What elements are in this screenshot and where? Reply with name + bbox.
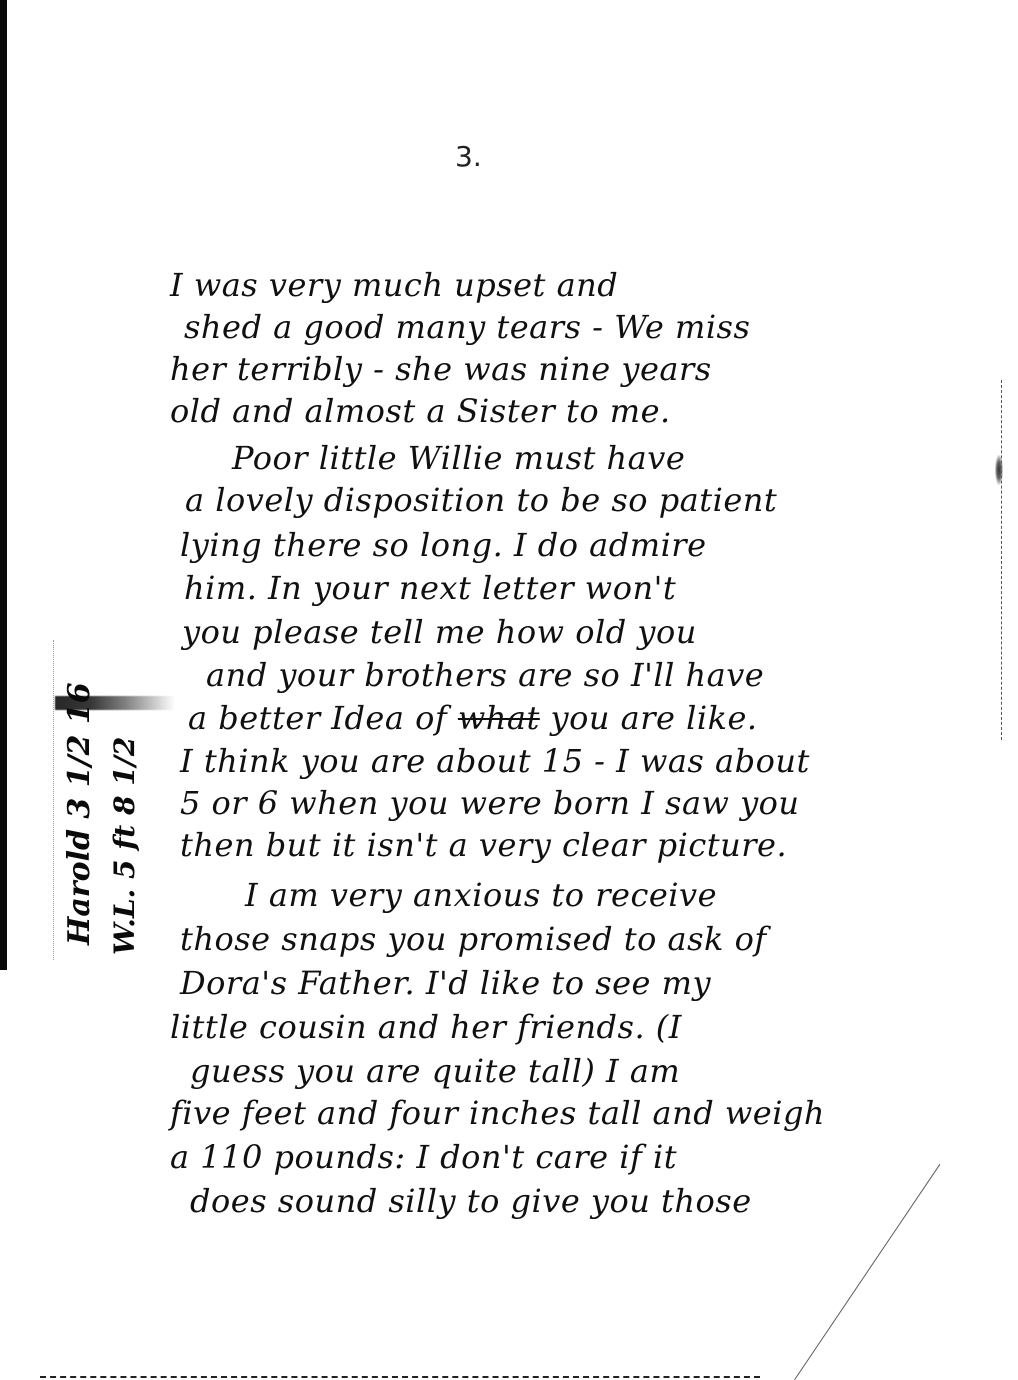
scan-edge-left bbox=[0, 0, 7, 970]
margin-note-height: W.L. 5 ft 8 1/2 bbox=[108, 737, 141, 955]
line-part: a better Idea of bbox=[188, 699, 458, 737]
page-number: 3. bbox=[455, 140, 482, 173]
fold-line bbox=[794, 1164, 940, 1380]
scan-edge-right bbox=[1001, 380, 1002, 740]
scan-dotted-margin bbox=[53, 640, 54, 960]
bottom-dashed-line bbox=[40, 1376, 760, 1378]
line-part: you are like. bbox=[540, 699, 758, 737]
ink-smudge-right bbox=[995, 455, 1003, 485]
margin-note-harold: Harold 3 1/2 16 bbox=[62, 682, 97, 945]
struck-word: what bbox=[458, 699, 540, 737]
